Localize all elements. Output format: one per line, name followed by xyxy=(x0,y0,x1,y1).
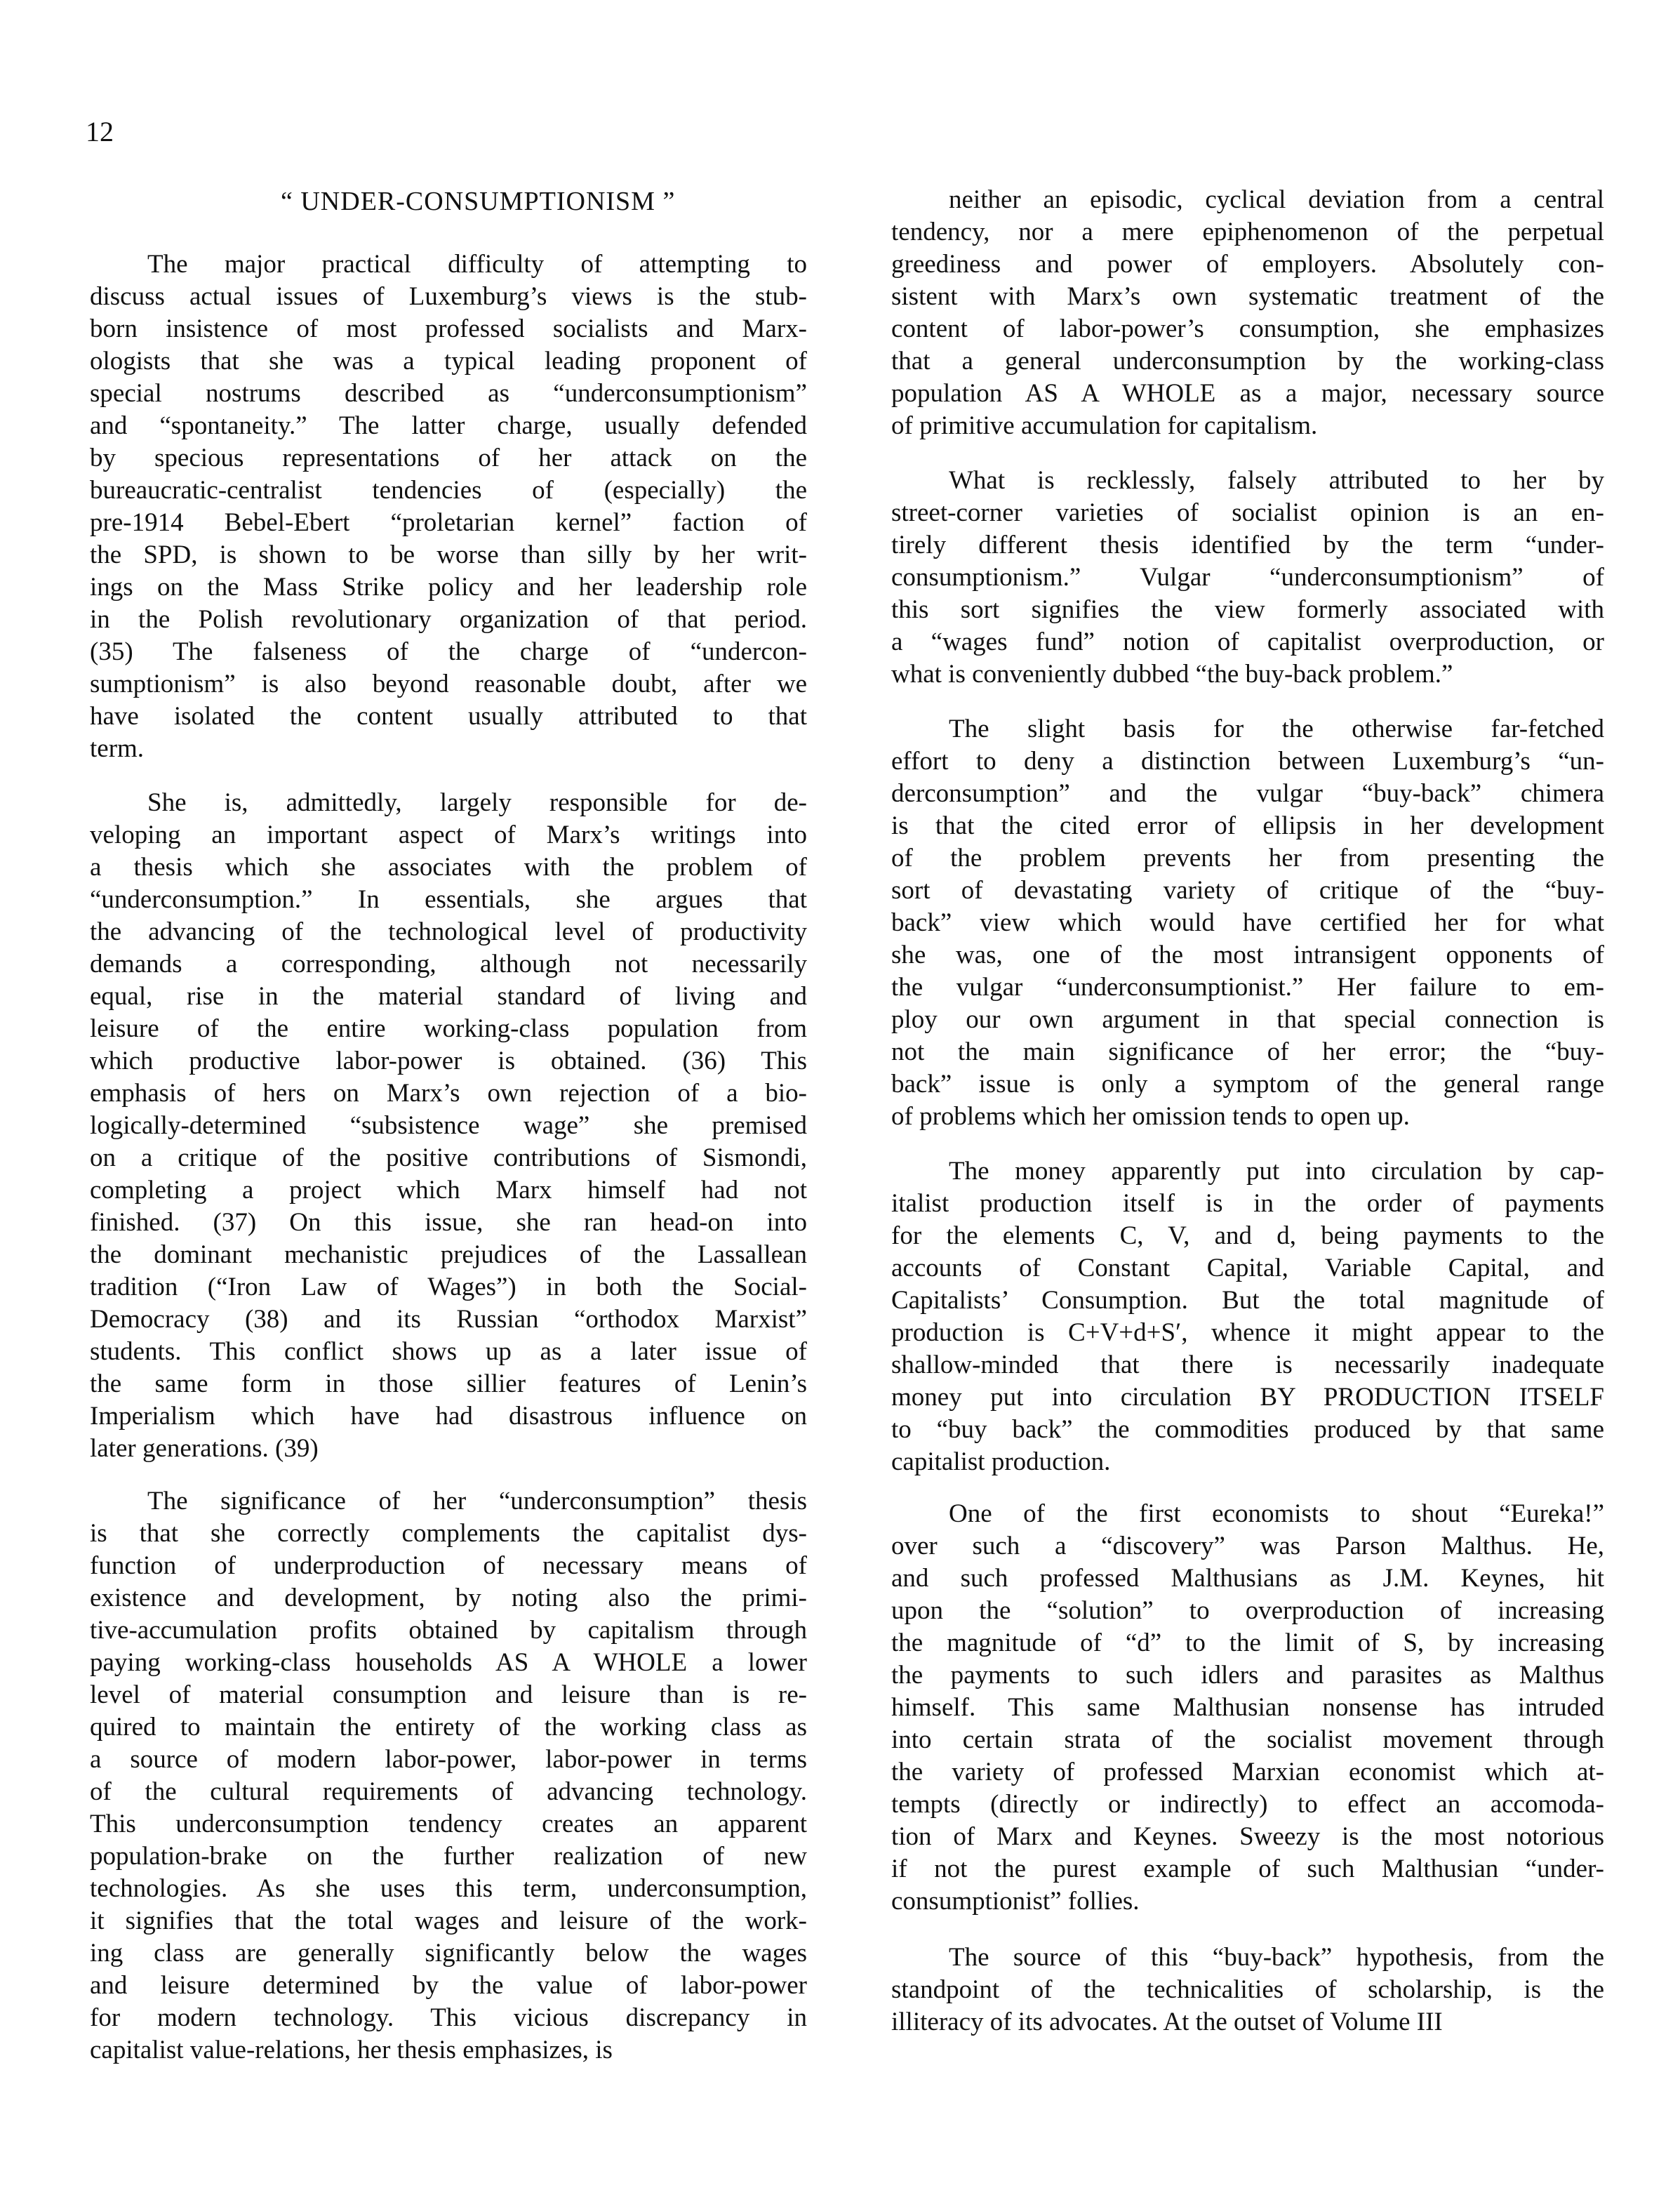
text-line: effort to deny a distinction between Lux… xyxy=(891,745,1604,778)
text-line: upon the “solution” to overproduction of… xyxy=(891,1595,1604,1627)
text-line: back” issue is only a symptom of the gen… xyxy=(891,1068,1604,1101)
text-line: the advancing of the technological level… xyxy=(90,916,807,948)
paragraph: The significance of her “underconsumptio… xyxy=(90,1485,807,2067)
text-line: shallow-minded that there is necessarily… xyxy=(891,1349,1604,1381)
text-line: finished. (37) On this issue, she ran he… xyxy=(90,1207,807,1239)
text-line: level of material consumption and leisur… xyxy=(90,1679,807,1711)
text-line: The major practical difficulty of attemp… xyxy=(90,248,807,281)
text-line: of problems which her omission tends to … xyxy=(891,1101,1604,1133)
text-line: This underconsumption tendency creates a… xyxy=(90,1808,807,1840)
text-line: greediness and power of employers. Absol… xyxy=(891,248,1604,281)
paragraph: One of the first economists to shout “Eu… xyxy=(891,1498,1604,1918)
text-line: the vulgar “underconsumptionist.” Her fa… xyxy=(891,971,1604,1004)
text-line: a “wages fund” notion of capitalist over… xyxy=(891,626,1604,658)
text-line: ing class are generally significantly be… xyxy=(90,1937,807,1970)
paragraph: She is, admittedly, largely responsible … xyxy=(90,787,807,1465)
text-line: (35) The falseness of the charge of “und… xyxy=(90,636,807,668)
text-line: term. xyxy=(90,733,807,765)
text-line: which productive labor-power is obtained… xyxy=(90,1045,807,1077)
text-line: street-corner varieties of socialist opi… xyxy=(891,497,1604,529)
text-line: illiteracy of its advocates. At the outs… xyxy=(891,2006,1604,2038)
text-line: sumptionism” is also beyond reasonable d… xyxy=(90,668,807,701)
text-line: accounts of Constant Capital, Variable C… xyxy=(891,1252,1604,1285)
text-line: the magnitude of “d” to the limit of S, … xyxy=(891,1627,1604,1659)
text-line: not the main significance of her error; … xyxy=(891,1036,1604,1068)
text-line: existence and development, by noting als… xyxy=(90,1582,807,1614)
text-line: demands a corresponding, although not ne… xyxy=(90,948,807,981)
text-line: the variety of professed Marxian economi… xyxy=(891,1756,1604,1789)
text-line: capitalist production. xyxy=(891,1446,1604,1478)
text-line: born insistence of most professed social… xyxy=(90,313,807,345)
text-line: neither an episodic, cyclical deviation … xyxy=(891,184,1604,216)
text-line: The slight basis for the otherwise far-f… xyxy=(891,713,1604,745)
text-line: “underconsumption.” In essentials, she a… xyxy=(90,884,807,916)
text-line: and leisure determined by the value of l… xyxy=(90,1970,807,2002)
page-number: 12 xyxy=(86,118,114,146)
text-line: standpoint of the technicalities of scho… xyxy=(891,1974,1604,2006)
text-line: money put into circulation BY PRODUCTION… xyxy=(891,1381,1604,1414)
text-line: The money apparently put into circulatio… xyxy=(891,1155,1604,1188)
text-line: is that the cited error of ellipsis in h… xyxy=(891,810,1604,842)
text-line: tive-accumulation profits obtained by ca… xyxy=(90,1614,807,1647)
text-line: a thesis which she associates with the p… xyxy=(90,851,807,884)
text-line: technologies. As she uses this term, und… xyxy=(90,1873,807,1905)
text-line: by specious representations of her attac… xyxy=(90,442,807,475)
text-line: function of underproduction of necessary… xyxy=(90,1550,807,1582)
text-line: leisure of the entire working-class popu… xyxy=(90,1013,807,1045)
text-line: discuss actual issues of Luxemburg’s vie… xyxy=(90,281,807,313)
text-line: What is recklessly, falsely attributed t… xyxy=(891,465,1604,497)
text-line: of the problem prevents her from present… xyxy=(891,842,1604,875)
text-line: She is, admittedly, largely responsible … xyxy=(90,787,807,819)
text-line: of primitive accumulation for capitalism… xyxy=(891,410,1604,442)
paragraph: The major practical difficulty of attemp… xyxy=(90,248,807,765)
text-line: Capitalists’ Consumption. But the total … xyxy=(891,1285,1604,1317)
text-line: back” view which would have certified he… xyxy=(891,907,1604,939)
text-line: ploy our own argument in that special co… xyxy=(891,1004,1604,1036)
text-line: tempts (directly or indirectly) to effec… xyxy=(891,1789,1604,1821)
paragraph: What is recklessly, falsely attributed t… xyxy=(891,465,1604,691)
text-line: and “spontaneity.” The latter charge, us… xyxy=(90,410,807,442)
section-title: “ UNDER-CONSUMPTIONISM ” xyxy=(281,188,675,215)
text-line: special nostrums described as “undercons… xyxy=(90,378,807,410)
text-line: emphasis of hers on Marx’s own rejection… xyxy=(90,1077,807,1110)
text-line: himself. This same Malthusian nonsense h… xyxy=(891,1692,1604,1724)
text-line: The significance of her “underconsumptio… xyxy=(90,1485,807,1518)
paragraph: neither an episodic, cyclical deviation … xyxy=(891,184,1604,442)
text-line: to “buy back” the commodities produced b… xyxy=(891,1414,1604,1446)
text-line: that a general underconsumption by the w… xyxy=(891,345,1604,378)
text-line: sort of devastating variety of critique … xyxy=(891,875,1604,907)
text-line: have isolated the content usually attrib… xyxy=(90,701,807,733)
text-line: One of the first economists to shout “Eu… xyxy=(891,1498,1604,1530)
paragraph: The source of this “buy-back” hypothesis… xyxy=(891,1942,1604,2038)
text-line: for modern technology. This vicious disc… xyxy=(90,2002,807,2034)
text-line: later generations. (39) xyxy=(90,1433,807,1465)
text-line: she was, one of the most intransigent op… xyxy=(891,939,1604,971)
text-line: ologists that she was a typical leading … xyxy=(90,345,807,378)
text-line: The source of this “buy-back” hypothesis… xyxy=(891,1942,1604,1974)
text-line: on a critique of the positive contributi… xyxy=(90,1142,807,1174)
text-line: over such a “discovery” was Parson Malth… xyxy=(891,1530,1604,1563)
text-line: bureaucratic-centralist tendencies of (e… xyxy=(90,475,807,507)
text-line: what is conveniently dubbed “the buy-bac… xyxy=(891,658,1604,691)
paragraph: The money apparently put into circulatio… xyxy=(891,1155,1604,1478)
text-line: is that she correctly complements the ca… xyxy=(90,1518,807,1550)
text-line: pre-1914 Bebel-Ebert “proletarian kernel… xyxy=(90,507,807,539)
text-line: Democracy (38) and its Russian “orthodox… xyxy=(90,1303,807,1336)
text-line: equal, rise in the material standard of … xyxy=(90,981,807,1013)
text-line: the payments to such idlers and parasite… xyxy=(891,1659,1604,1692)
text-line: logically-determined “subsistence wage” … xyxy=(90,1110,807,1142)
text-line: derconsumption” and the vulgar “buy-back… xyxy=(891,778,1604,810)
text-line: and such professed Malthusians as J.M. K… xyxy=(891,1563,1604,1595)
text-line: for the elements C, V, and d, being paym… xyxy=(891,1220,1604,1252)
text-line: paying working-class households AS A WHO… xyxy=(90,1647,807,1679)
text-line: students. This conflict shows up as a la… xyxy=(90,1336,807,1368)
text-line: into certain strata of the socialist mov… xyxy=(891,1724,1604,1756)
text-line: a source of modern labor-power, labor-po… xyxy=(90,1744,807,1776)
text-line: of the cultural requirements of advancin… xyxy=(90,1776,807,1808)
text-line: veloping an important aspect of Marx’s w… xyxy=(90,819,807,851)
text-line: the SPD, is shown to be worse than silly… xyxy=(90,539,807,571)
text-line: if not the purest example of such Malthu… xyxy=(891,1853,1604,1885)
text-line: in the Polish revolutionary organization… xyxy=(90,604,807,636)
text-line: population-brake on the further realizat… xyxy=(90,1840,807,1873)
text-line: consumptionism.” Vulgar “underconsumptio… xyxy=(891,562,1604,594)
text-line: the dominant mechanistic prejudices of t… xyxy=(90,1239,807,1271)
text-line: Imperialism which have had disastrous in… xyxy=(90,1400,807,1433)
text-line: tion of Marx and Keynes. Sweezy is the m… xyxy=(891,1821,1604,1853)
text-line: this sort signifies the view formerly as… xyxy=(891,594,1604,626)
paragraph: The slight basis for the otherwise far-f… xyxy=(891,713,1604,1133)
text-line: production is C+V+d+S′, whence it might … xyxy=(891,1317,1604,1349)
text-line: consumptionist” follies. xyxy=(891,1885,1604,1918)
text-line: tendency, nor a mere epiphenomenon of th… xyxy=(891,216,1604,248)
text-line: content of labor-power’s consumption, sh… xyxy=(891,313,1604,345)
text-line: completing a project which Marx himself … xyxy=(90,1174,807,1207)
text-line: tirely different thesis identified by th… xyxy=(891,529,1604,562)
text-line: tradition (“Iron Law of Wages”) in both … xyxy=(90,1271,807,1303)
text-line: quired to maintain the entirety of the w… xyxy=(90,1711,807,1744)
text-line: the same form in those sillier features … xyxy=(90,1368,807,1400)
text-line: capitalist value-relations, her thesis e… xyxy=(90,2034,807,2067)
text-line: it signifies that the total wages and le… xyxy=(90,1905,807,1937)
text-line: sistent with Marx’s own systematic treat… xyxy=(891,281,1604,313)
text-line: population AS A WHOLE as a major, necess… xyxy=(891,378,1604,410)
text-line: italist production itself is in the orde… xyxy=(891,1188,1604,1220)
text-line: ings on the Mass Strike policy and her l… xyxy=(90,571,807,604)
